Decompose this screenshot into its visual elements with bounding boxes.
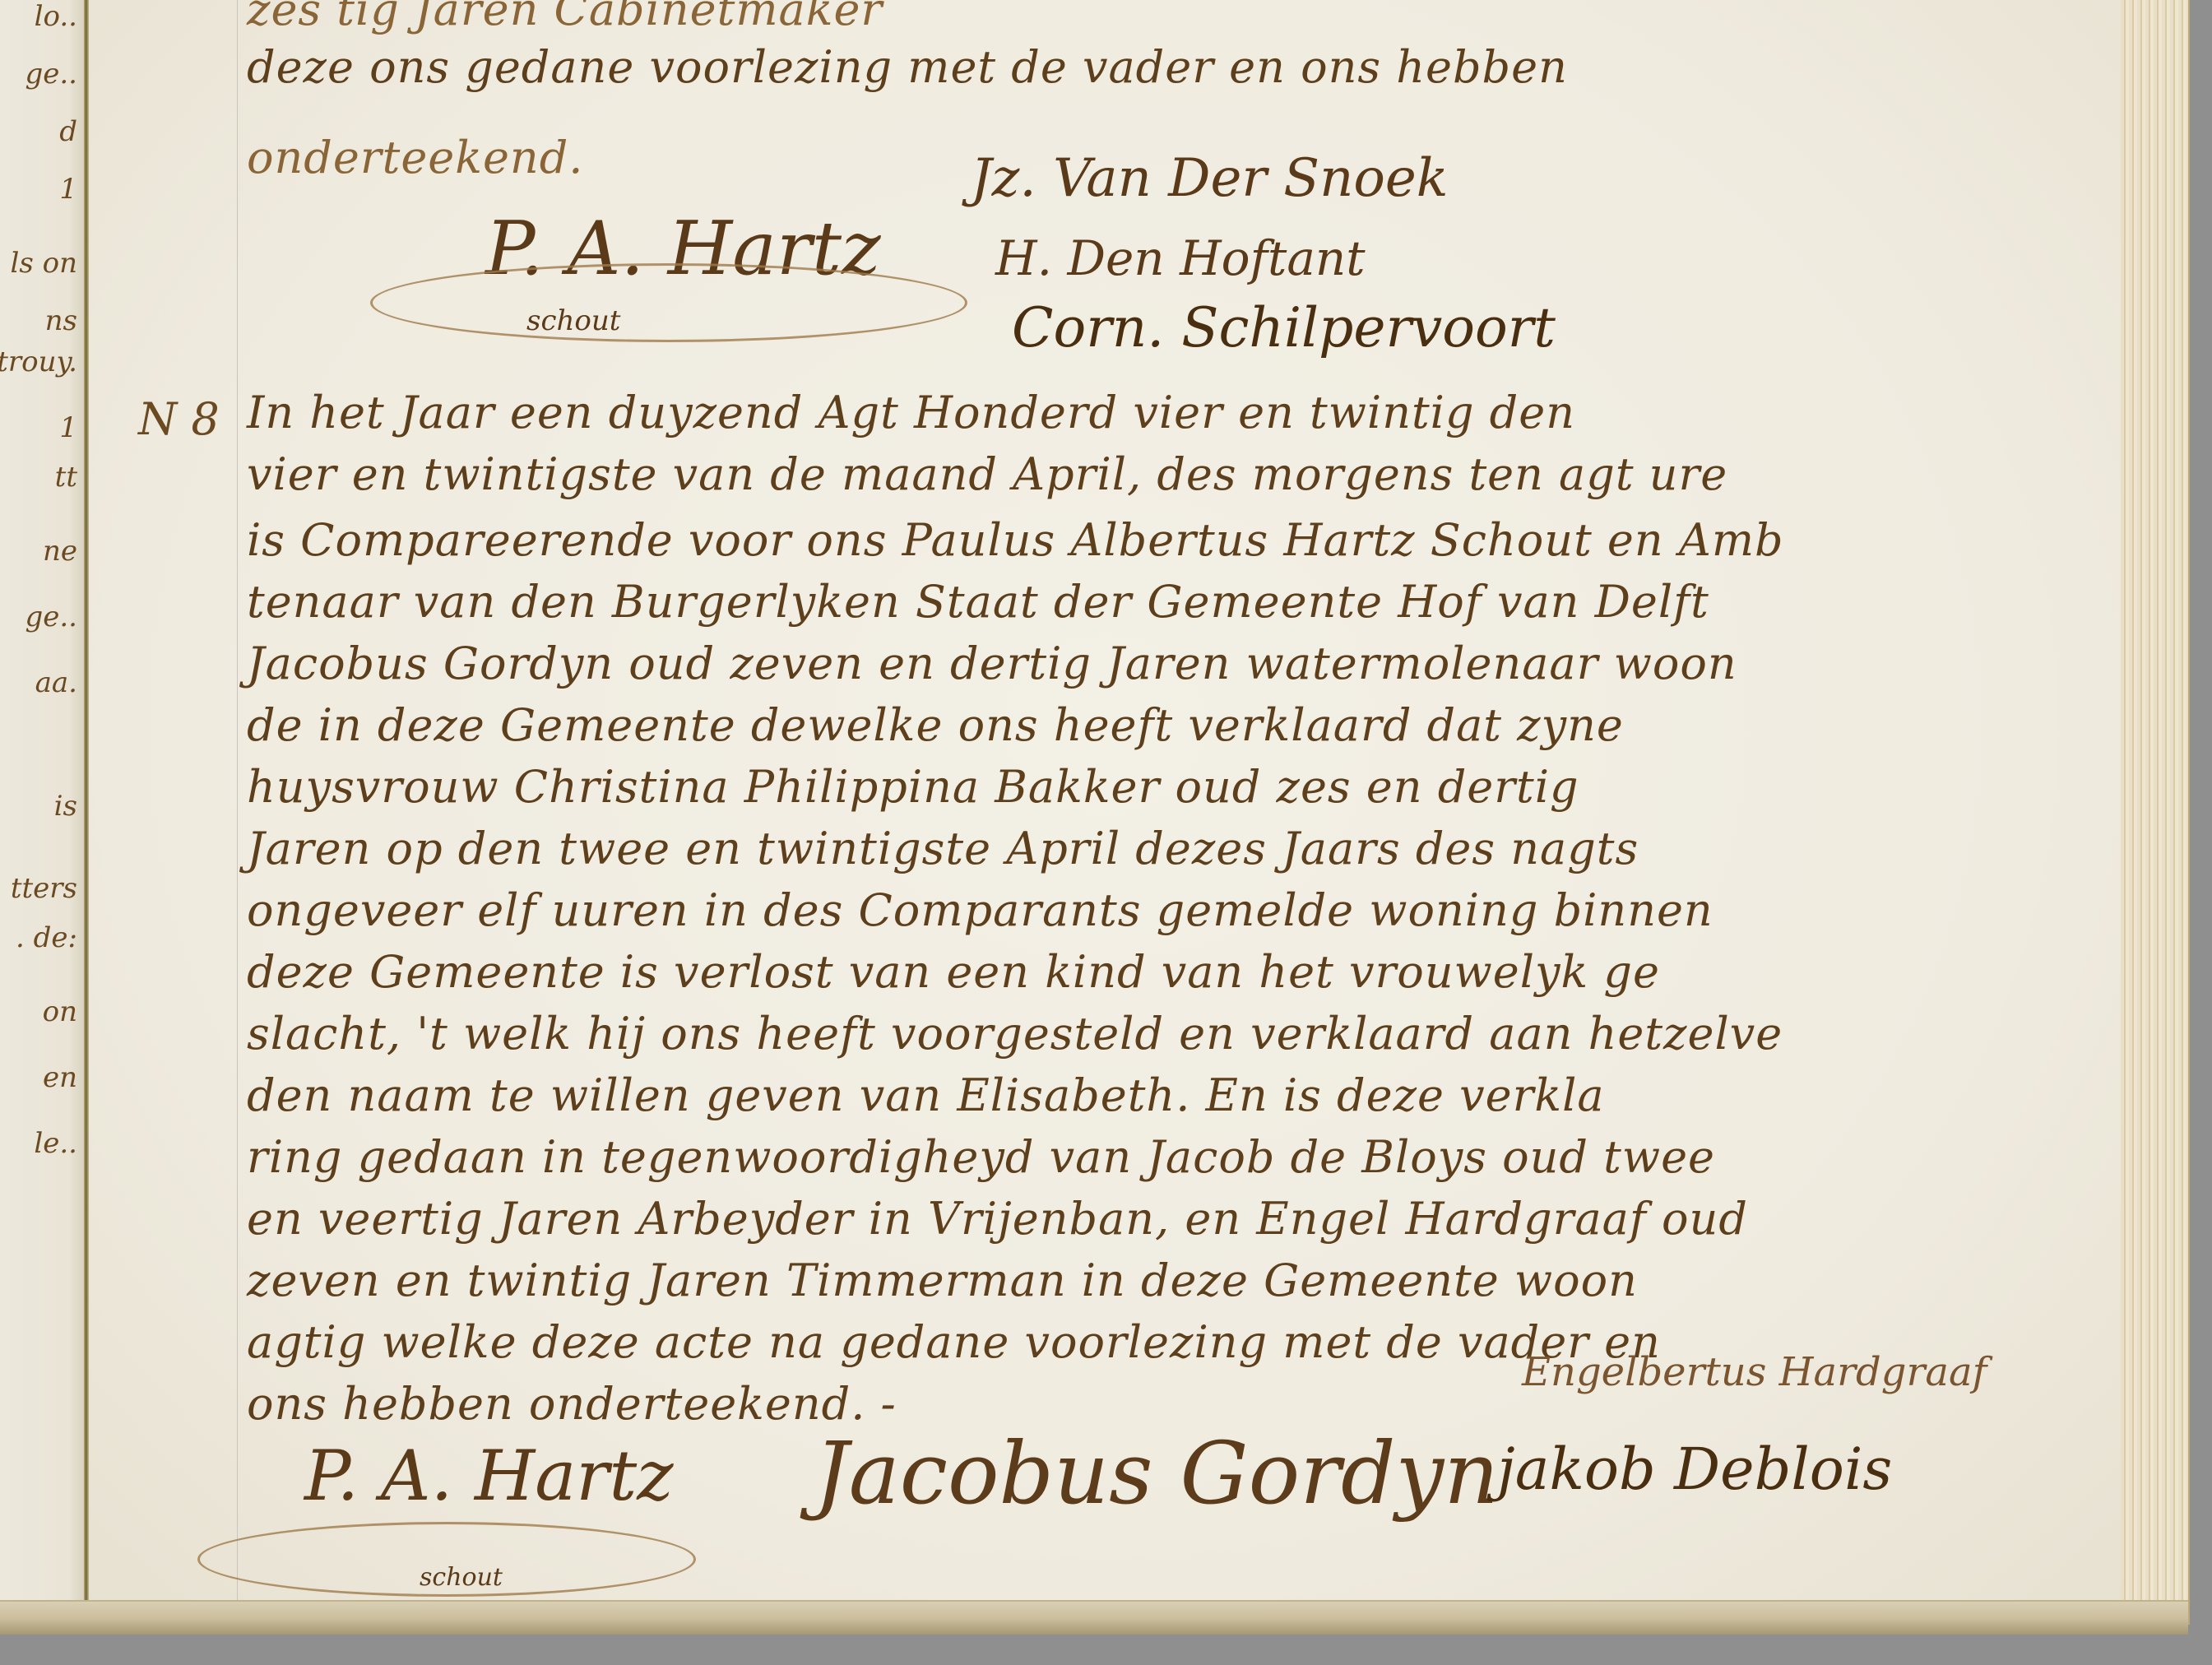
left-page-fragment: le..	[34, 1127, 77, 1160]
signature-flourish	[370, 263, 967, 342]
left-page-fragment: tters	[11, 872, 77, 905]
witness-signature-previous-2: H. Den Hoftant	[995, 230, 1366, 286]
page-edge-bottom	[0, 1600, 2188, 1635]
margin-rule	[237, 0, 238, 1604]
left-page-fragment: 1	[59, 411, 77, 444]
entry-line: zeven en twintig Jaren Timmerman in deze…	[247, 1255, 1638, 1306]
left-page-fragment: ns	[45, 304, 77, 337]
left-page-fragment: is	[54, 790, 77, 823]
entry-line: vier en twintigste van de maand April, d…	[247, 448, 1727, 500]
previous-entry-line: zes tig Jaren Cabinetmaker	[247, 0, 883, 35]
left-page-fragment: 1	[59, 173, 77, 206]
register-book: lo.. ge.. d 1 ls on ns trouy. 1 tt ne ge…	[0, 0, 2188, 1625]
page-edge-right	[2121, 0, 2190, 1625]
left-page-fragment: tt	[55, 461, 77, 494]
father-signature: Jacobus Gordyn	[814, 1423, 1499, 1524]
left-page-fragment: ge..	[25, 58, 77, 90]
left-page-fragment: . de:	[16, 921, 77, 954]
witness-signature-previous-1: Jz. Van Der Snoek	[971, 148, 1449, 209]
left-page-fragment: ls on	[11, 247, 78, 280]
left-page-fragment: on	[43, 995, 77, 1028]
entry-line: en veertig Jaren Arbeyder in Vrijenban, …	[247, 1193, 1748, 1245]
witness-signature-jacob: jakob Deblois	[1497, 1435, 1892, 1503]
previous-entry-line: deze ons gedane voorlezing met de vader …	[247, 41, 1568, 93]
left-page-fragment: d	[59, 115, 77, 148]
witness-signature-previous-3: Corn. Schilpervoort	[1012, 296, 1556, 359]
previous-entry-line: onderteekend.	[247, 132, 583, 183]
entry-line: In het Jaar een duyzend Agt Honderd vier…	[247, 387, 1575, 438]
left-page-fragment: ge..	[25, 601, 77, 633]
left-page-fragment: aa.	[35, 666, 77, 699]
entry-line: slacht, 't welk hij ons heeft voorgestel…	[247, 1008, 1783, 1060]
left-page-edge: lo.. ge.. d 1 ls on ns trouy. 1 tt ne ge…	[0, 0, 86, 1625]
witness-signature-engel: Engelbertus Hardgraaf	[1522, 1349, 1987, 1395]
entry-line: ongeveer elf uuren in des Comparants gem…	[247, 884, 1713, 936]
entry-line: den naam te willen geven van Elisabeth. …	[247, 1069, 1605, 1121]
official-title-previous: schout	[526, 304, 620, 337]
entry-number: N 8	[138, 393, 220, 445]
left-page-fragment: en	[43, 1061, 77, 1094]
entry-line: huysvrouw Christina Philippina Bakker ou…	[247, 761, 1579, 813]
left-page-fragment: ne	[43, 535, 77, 568]
entry-line: Jaren op den twee en twintigste April de…	[247, 823, 1639, 874]
entry-line: Jacobus Gordyn oud zeven en dertig Jaren…	[247, 638, 1737, 689]
official-signature: P. A. Hartz	[304, 1435, 673, 1516]
left-page-fragment: trouy.	[0, 346, 77, 378]
entry-line: de in deze Gemeente dewelke ons heeft ve…	[247, 699, 1624, 751]
official-title: schout	[420, 1563, 503, 1592]
left-page-fragment: lo..	[35, 0, 77, 33]
entry-line: is Compareerende voor ons Paulus Albertu…	[247, 514, 1784, 566]
entry-line: tenaar van den Burgerlyken Staat der Gem…	[247, 576, 1709, 628]
entry-line: ons hebben onderteekend. -	[247, 1378, 897, 1430]
entry-line: ring gedaan in tegenwoordigheyd van Jaco…	[247, 1131, 1715, 1183]
entry-line: agtig welke deze acte na gedane voorlezi…	[247, 1316, 1661, 1368]
entry-line: deze Gemeente is verlost van een kind va…	[247, 946, 1660, 998]
